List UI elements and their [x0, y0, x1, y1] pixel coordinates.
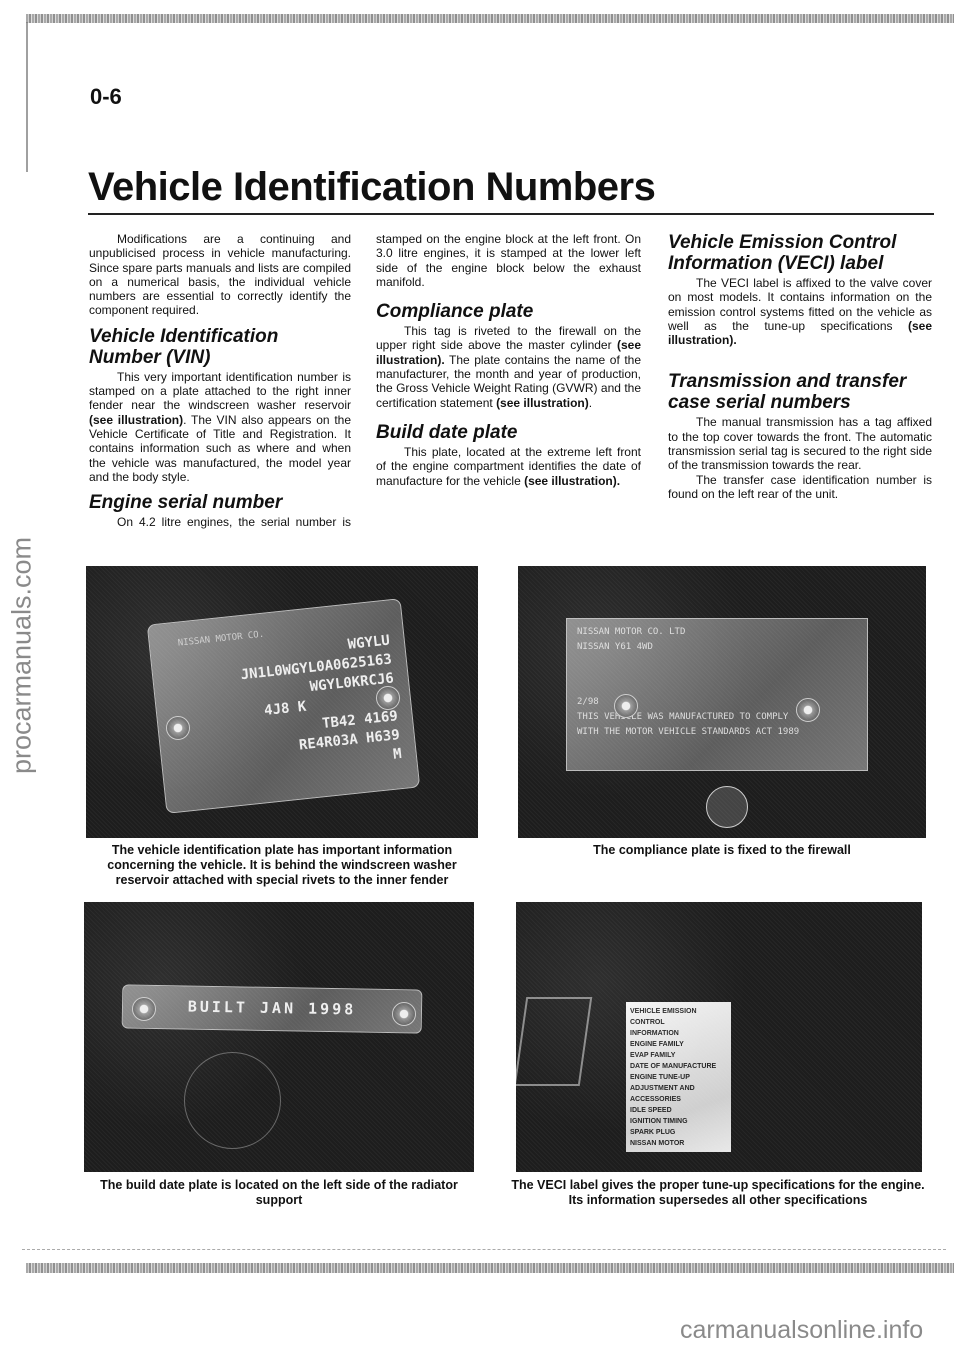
vin-illustration-ref: (see illustration): [89, 413, 183, 427]
transmission-heading: Transmission and transfer case serial nu…: [668, 371, 932, 413]
label-line: IGNITION TIMING: [630, 1116, 727, 1127]
build-date-illustration-ref: (see illustration).: [524, 474, 620, 488]
label-line: EVAP FAMILY: [630, 1050, 727, 1061]
label-line: INFORMATION: [630, 1028, 727, 1039]
figure-caption: The compliance plate is fixed to the fir…: [518, 843, 926, 858]
figure-caption: The vehicle identification plate has imp…: [86, 843, 478, 888]
scan-noise-top: [26, 14, 954, 23]
label-line: IDLE SPEED: [630, 1105, 727, 1116]
build-date-paragraph: This plate, located at the extreme left …: [376, 445, 641, 488]
plate-line: WITH THE MOTOR VEHICLE STANDARDS ACT 198…: [577, 725, 857, 740]
veci-label: VEHICLE EMISSION CONTROL INFORMATION ENG…: [626, 1002, 731, 1152]
label-line: DATE OF MANUFACTURE: [630, 1061, 727, 1072]
rivet-icon: [392, 1002, 416, 1026]
plate-line: NISSAN Y61 4WD: [577, 640, 857, 655]
veci-heading: Vehicle Emission Control Information (VE…: [668, 232, 932, 274]
label-line: NISSAN MOTOR: [630, 1138, 727, 1149]
round-cap-shape: [184, 1052, 281, 1149]
plate-line: NISSAN MOTOR CO. LTD: [577, 625, 857, 640]
figure-caption: The VECI label gives the proper tune-up …: [506, 1178, 930, 1208]
veci-text: The VECI label is affixed to the valve c…: [668, 276, 932, 333]
label-line: VEHICLE EMISSION CONTROL: [630, 1006, 727, 1028]
rivet-icon: [166, 716, 190, 740]
engine-paragraph: On 4.2 litre engines, the serial number …: [89, 515, 351, 529]
compliance-illustration-ref-2: (see illustration): [496, 396, 589, 410]
text-column-2: stamped on the engine block at the left …: [376, 232, 641, 488]
veci-paragraph: The VECI label is affixed to the valve c…: [668, 276, 932, 347]
vin-paragraph: This very important identification numbe…: [89, 370, 351, 484]
rivet-icon: [376, 686, 400, 710]
scan-edge: [26, 22, 28, 172]
compliance-text-3: .: [589, 396, 592, 410]
compliance-plate-photo: NISSAN MOTOR CO. LTD NISSAN Y61 4WD 2/98…: [518, 566, 926, 838]
build-date-plate: BUILT JAN 1998: [122, 984, 423, 1033]
transmission-paragraph-1: The manual transmission has a tag affixe…: [668, 415, 932, 472]
vin-heading: Vehicle Identification Number (VIN): [89, 326, 351, 368]
engine-heading: Engine serial number: [89, 492, 351, 513]
label-line: ENGINE TUNE-UP: [630, 1072, 727, 1083]
veci-label-photo: VEHICLE EMISSION CONTROL INFORMATION ENG…: [516, 902, 922, 1172]
scan-noise-bottom: [26, 1263, 954, 1273]
compliance-paragraph: This tag is riveted to the firewall on t…: [376, 324, 641, 410]
watermark-left: procarmanuals.com: [7, 506, 38, 806]
vin-plate-photo: NISSAN MOTOR CO. WGYLU JN1L0WGYL0A062516…: [86, 566, 478, 838]
text-column-1: Modifications are a continuing and unpub…: [89, 232, 351, 529]
rivet-icon: [132, 997, 156, 1021]
rivet-icon: [614, 694, 638, 718]
compliance-heading: Compliance plate: [376, 301, 641, 322]
grommet-icon: [706, 786, 748, 828]
text-column-3: Vehicle Emission Control Information (VE…: [668, 232, 932, 501]
scan-faint-line: [22, 1249, 946, 1250]
title-divider: [88, 213, 934, 215]
vin-text: This very important identification numbe…: [89, 370, 351, 413]
page-title: Vehicle Identification Numbers: [88, 165, 655, 210]
watermark-bottom: carmanualsonline.info: [680, 1316, 923, 1345]
label-line: SPARK PLUG: [630, 1127, 727, 1138]
label-line: ENGINE FAMILY: [630, 1039, 727, 1050]
compliance-plate: NISSAN MOTOR CO. LTD NISSAN Y61 4WD 2/98…: [566, 618, 868, 771]
intro-paragraph: Modifications are a continuing and unpub…: [89, 232, 351, 318]
build-date-heading: Build date plate: [376, 422, 641, 443]
page-number: 0-6: [90, 84, 122, 110]
engine-cover-emblem: [516, 997, 592, 1086]
rivet-icon: [796, 698, 820, 722]
build-date-plate-photo: BUILT JAN 1998: [84, 902, 474, 1172]
compliance-text: This tag is riveted to the firewall on t…: [376, 324, 641, 352]
label-line: ADJUSTMENT AND ACCESSORIES: [630, 1083, 727, 1105]
engine-paragraph-cont: stamped on the engine block at the left …: [376, 232, 641, 289]
figure-caption: The build date plate is located on the l…: [84, 1178, 474, 1208]
transmission-paragraph-2: The transfer case identification number …: [668, 473, 932, 502]
